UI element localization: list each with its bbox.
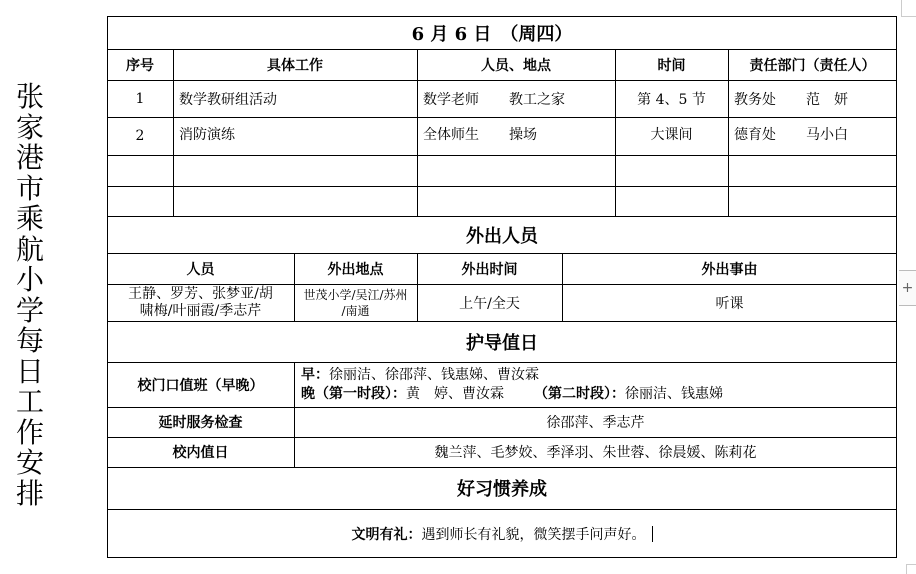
vertical-title-char: 张 xyxy=(12,82,48,113)
campus-duty-label: 校内值日 xyxy=(107,437,294,467)
outing-header-reason: 外出事由 xyxy=(562,253,897,284)
delay-service-label: 延时服务检查 xyxy=(107,407,294,437)
row-divider xyxy=(107,155,897,156)
habit-content[interactable]: 文明有礼：遇到师长有礼貌，微笑摆手问声好。 xyxy=(107,509,897,558)
outing-people-line2: 啸梅/叶丽霞/季志芹 xyxy=(140,303,261,320)
gate-morning: 早：徐丽洁、徐邵萍、钱惠娣、曹汝霖 xyxy=(301,366,539,385)
row1-people-place: 数学老师教工之家 xyxy=(417,80,615,117)
page-corner-marker xyxy=(901,0,916,17)
gate-duty-detail: 早：徐丽洁、徐邵萍、钱惠娣、曹汝霖 晚（第一时段）：黄 婷、曹汝霖（第二时段）：… xyxy=(294,362,897,407)
vertical-title-char: 乘 xyxy=(12,204,48,235)
vertical-title-char: 排 xyxy=(12,479,48,510)
vertical-title: 张家港市乘航小学每日工作安排 xyxy=(12,82,48,509)
row2-task: 消防演练 xyxy=(173,117,417,155)
header-dept: 责任部门（责任人） xyxy=(728,49,897,80)
vertical-title-char: 市 xyxy=(12,174,48,205)
outing-header-place: 外出地点 xyxy=(294,253,417,284)
gate-duty-label: 校门口值班（早晚） xyxy=(107,362,294,407)
delay-service-value: 徐邵萍、季志芹 xyxy=(294,407,897,437)
row1-place: 教工之家 xyxy=(509,89,565,109)
vertical-title-char: 学 xyxy=(12,296,48,327)
text-cursor xyxy=(652,526,653,542)
vertical-title-char: 港 xyxy=(12,143,48,174)
row2-people-place: 全体师生操场 xyxy=(417,117,615,155)
outing-time: 上午/全天 xyxy=(417,284,562,321)
add-row-button[interactable]: + xyxy=(899,270,916,306)
gate-evening1-names: 黄 婷、曹汝霖 xyxy=(406,386,504,402)
gate-morning-names: 徐丽洁、徐邵萍、钱惠娣、曹汝霖 xyxy=(329,367,539,383)
row1-task: 数学教研组活动 xyxy=(173,80,417,117)
row1-person: 范 妍 xyxy=(806,89,848,109)
row2-no: 2 xyxy=(107,117,173,155)
outing-reason: 听课 xyxy=(562,284,897,321)
campus-duty-value: 魏兰萍、毛梦姣、季泽羽、朱世蓉、徐晨媛、陈莉花 xyxy=(294,437,897,467)
gate-morning-label: 早： xyxy=(301,367,329,383)
gate-evening2-names: 徐丽洁、钱惠娣 xyxy=(625,386,723,402)
row2-dept-name: 德育处 xyxy=(734,124,776,144)
page-corner-marker-bottom xyxy=(906,564,916,574)
gate-evening2-label: （第二时段）： xyxy=(534,386,625,402)
header-people-place: 人员、地点 xyxy=(417,49,615,80)
outing-place: 世茂小学/吴江/苏州 /南通 xyxy=(294,284,417,321)
row2-people: 全体师生 xyxy=(423,124,479,144)
outing-people-line1: 王静、罗芳、张梦亚/胡 xyxy=(128,286,273,303)
row2-place: 操场 xyxy=(509,124,537,144)
outing-title: 外出人员 xyxy=(107,216,897,253)
habit-text: 遇到师长有礼貌，微笑摆手问声好。 xyxy=(422,524,646,544)
row2-dept: 德育处马小白 xyxy=(728,117,897,155)
habit-title: 好习惯养成 xyxy=(107,467,897,509)
row2-person: 马小白 xyxy=(806,124,848,144)
outing-people: 王静、罗芳、张梦亚/胡 啸梅/叶丽霞/季志芹 xyxy=(107,284,294,321)
gate-evening: 晚（第一时段）：黄 婷、曹汝霖（第二时段）：徐丽洁、钱惠娣 xyxy=(301,385,723,404)
vertical-title-char: 航 xyxy=(12,235,48,266)
row-divider xyxy=(107,186,897,187)
vertical-title-char: 日 xyxy=(12,357,48,388)
date-header: 6 月 6 日 （周四） xyxy=(107,16,897,49)
vertical-title-char: 小 xyxy=(12,265,48,296)
header-time: 时间 xyxy=(615,49,728,80)
vertical-title-char: 作 xyxy=(12,418,48,449)
gate-evening1-label: 晚（第一时段）： xyxy=(301,386,406,402)
habit-label: 文明有礼： xyxy=(352,524,422,544)
row1-no: 1 xyxy=(107,80,173,117)
header-task: 具体工作 xyxy=(173,49,417,80)
vertical-title-char: 家 xyxy=(12,113,48,144)
duty-title: 护导值日 xyxy=(107,321,897,362)
outing-header-time: 外出时间 xyxy=(417,253,562,284)
row2-time: 大课间 xyxy=(615,117,728,155)
vertical-title-char: 安 xyxy=(12,448,48,479)
row1-time: 第 4、5 节 xyxy=(615,80,728,117)
row1-dept: 教务处范 妍 xyxy=(728,80,897,117)
row1-people: 数学老师 xyxy=(423,89,479,109)
outing-header-people: 人员 xyxy=(107,253,294,284)
row1-dept-name: 教务处 xyxy=(734,89,776,109)
vertical-title-char: 每 xyxy=(12,326,48,357)
header-no: 序号 xyxy=(107,49,173,80)
outing-place-line1: 世茂小学/吴江/苏州 xyxy=(303,287,407,303)
vertical-title-char: 工 xyxy=(12,387,48,418)
outing-place-line2: /南通 xyxy=(341,303,369,319)
